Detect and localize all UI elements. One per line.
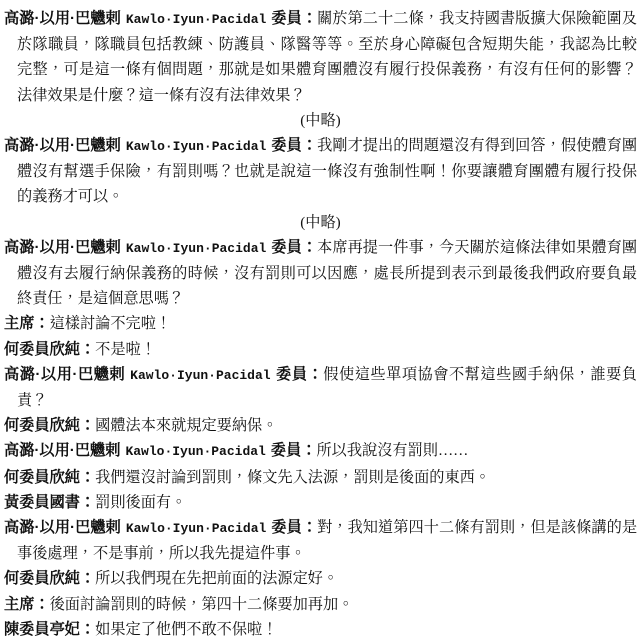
speaker-colon: ： bbox=[80, 417, 95, 434]
omission-marker: (中略) bbox=[300, 214, 341, 231]
speaker-colon: ： bbox=[308, 366, 324, 383]
speech-paragraph: 高潞·以用·巴魕剌Kawlo·Iyun·Pacidal委員：本席再提一件事，今天… bbox=[4, 235, 637, 312]
speech-paragraph: 高潞·以用·巴魕剌Kawlo·Iyun·Pacidal委員：假使這些單項協會不幫… bbox=[4, 362, 637, 413]
speech-paragraph: 高潞·以用·巴魕剌Kawlo·Iyun·Pacidal委員：所以我說沒有罰則…… bbox=[4, 438, 637, 464]
speaker-colon: ： bbox=[301, 442, 316, 459]
speaker-colon: ： bbox=[80, 469, 95, 486]
speech-paragraph: 何委員欣純：我們還沒討論到罰則，條文先入法源，罰則是後面的東西。 bbox=[4, 465, 637, 490]
speaker-title: 委員 bbox=[276, 366, 308, 383]
speech-text: 國體法本來就規定要納保。 bbox=[95, 417, 277, 434]
speech-paragraph: 何委員欣純：所以我們現在先把前面的法源定好。 bbox=[4, 566, 637, 591]
omission-line: (中略) bbox=[4, 210, 637, 235]
speech-paragraph: 黃委員國書：罰則後面有。 bbox=[4, 490, 637, 515]
speaker-name: 高潞·以用·巴魕剌 bbox=[4, 366, 125, 383]
speaker-title: 委員 bbox=[271, 239, 302, 256]
speech-paragraph: 主席：這樣討論不完啦！ bbox=[4, 311, 637, 336]
speech-paragraph: 高潞·以用·巴魕剌Kawlo·Iyun·Pacidal委員：關於第二十二條，我支… bbox=[4, 6, 637, 108]
speech-text: 後面討論罰則的時候，第四十二條要加再加。 bbox=[50, 596, 354, 613]
speech-text: 所以我們現在先把前面的法源定好。 bbox=[95, 570, 338, 587]
speaker-title: 委員 bbox=[271, 442, 301, 459]
speaker-name: 何委員欣純 bbox=[4, 417, 80, 434]
speaker-colon: ： bbox=[302, 137, 317, 154]
speech-text: 所以我說沒有罰則…… bbox=[316, 442, 468, 459]
speaker-name: 主席 bbox=[4, 596, 34, 613]
omission-marker: (中略) bbox=[300, 112, 341, 129]
speech-text: 如果定了他們不敢不保啦！ bbox=[95, 621, 277, 638]
speech-paragraph: 高潞·以用·巴魕剌Kawlo·Iyun·Pacidal委員：我剛才提出的問題還沒… bbox=[4, 133, 637, 210]
speech-paragraph: 高潞·以用·巴魕剌Kawlo·Iyun·Pacidal委員：對，我知道第四十二條… bbox=[4, 515, 637, 566]
speaker-name: 高潞·以用·巴魕剌 bbox=[4, 239, 121, 256]
speaker-name: 何委員欣純 bbox=[4, 341, 80, 358]
speaker-title: 委員 bbox=[271, 519, 302, 536]
speech-paragraph: 陳委員亭妃：如果定了他們不敢不保啦！ bbox=[4, 617, 637, 642]
speaker-name: 陳委員亭妃 bbox=[4, 621, 80, 638]
speaker-title: 委員 bbox=[271, 10, 302, 27]
speech-paragraph: 何委員欣純：國體法本來就規定要納保。 bbox=[4, 413, 637, 438]
speaker-latin-name: Kawlo·Iyun·Pacidal bbox=[126, 139, 266, 154]
speaker-colon: ： bbox=[302, 519, 317, 536]
speaker-name: 主席 bbox=[4, 315, 34, 332]
speech-text: 我們還沒討論到罰則，條文先入法源，罰則是後面的東西。 bbox=[95, 469, 490, 486]
speech-text: 罰則後面有。 bbox=[95, 494, 186, 511]
speech-paragraph: 何委員欣純：不是啦！ bbox=[4, 337, 637, 362]
speaker-colon: ： bbox=[34, 596, 49, 613]
speaker-colon: ： bbox=[34, 315, 49, 332]
speaker-name: 高潞·以用·巴魕剌 bbox=[4, 442, 120, 459]
speaker-latin-name: Kawlo·Iyun·Pacidal bbox=[126, 521, 266, 536]
speaker-name: 高潞·以用·巴魕剌 bbox=[4, 10, 121, 27]
speaker-colon: ： bbox=[80, 570, 95, 587]
speaker-colon: ： bbox=[80, 621, 95, 638]
speaker-colon: ： bbox=[302, 239, 317, 256]
speaker-colon: ： bbox=[80, 494, 95, 511]
speaker-colon: ： bbox=[302, 10, 317, 27]
speaker-colon: ： bbox=[80, 341, 95, 358]
omission-line: (中略) bbox=[4, 108, 637, 133]
speaker-name: 高潞·以用·巴魕剌 bbox=[4, 519, 121, 536]
speaker-title: 委員 bbox=[271, 137, 302, 154]
speaker-latin-name: Kawlo·Iyun·Pacidal bbox=[125, 444, 265, 459]
speaker-latin-name: Kawlo·Iyun·Pacidal bbox=[126, 12, 266, 27]
transcript-page: 高潞·以用·巴魕剌Kawlo·Iyun·Pacidal委員：關於第二十二條，我支… bbox=[0, 0, 640, 642]
speaker-latin-name: Kawlo·Iyun·Pacidal bbox=[130, 368, 270, 383]
speaker-name: 何委員欣純 bbox=[4, 469, 80, 486]
speaker-name: 高潞·以用·巴魕剌 bbox=[4, 137, 121, 154]
speech-paragraph: 主席：後面討論罰則的時候，第四十二條要加再加。 bbox=[4, 592, 637, 617]
speaker-latin-name: Kawlo·Iyun·Pacidal bbox=[126, 241, 266, 256]
speech-text: 這樣討論不完啦！ bbox=[50, 315, 172, 332]
speaker-name: 黃委員國書 bbox=[4, 494, 80, 511]
speech-text: 不是啦！ bbox=[95, 341, 156, 358]
speaker-name: 何委員欣純 bbox=[4, 570, 80, 587]
